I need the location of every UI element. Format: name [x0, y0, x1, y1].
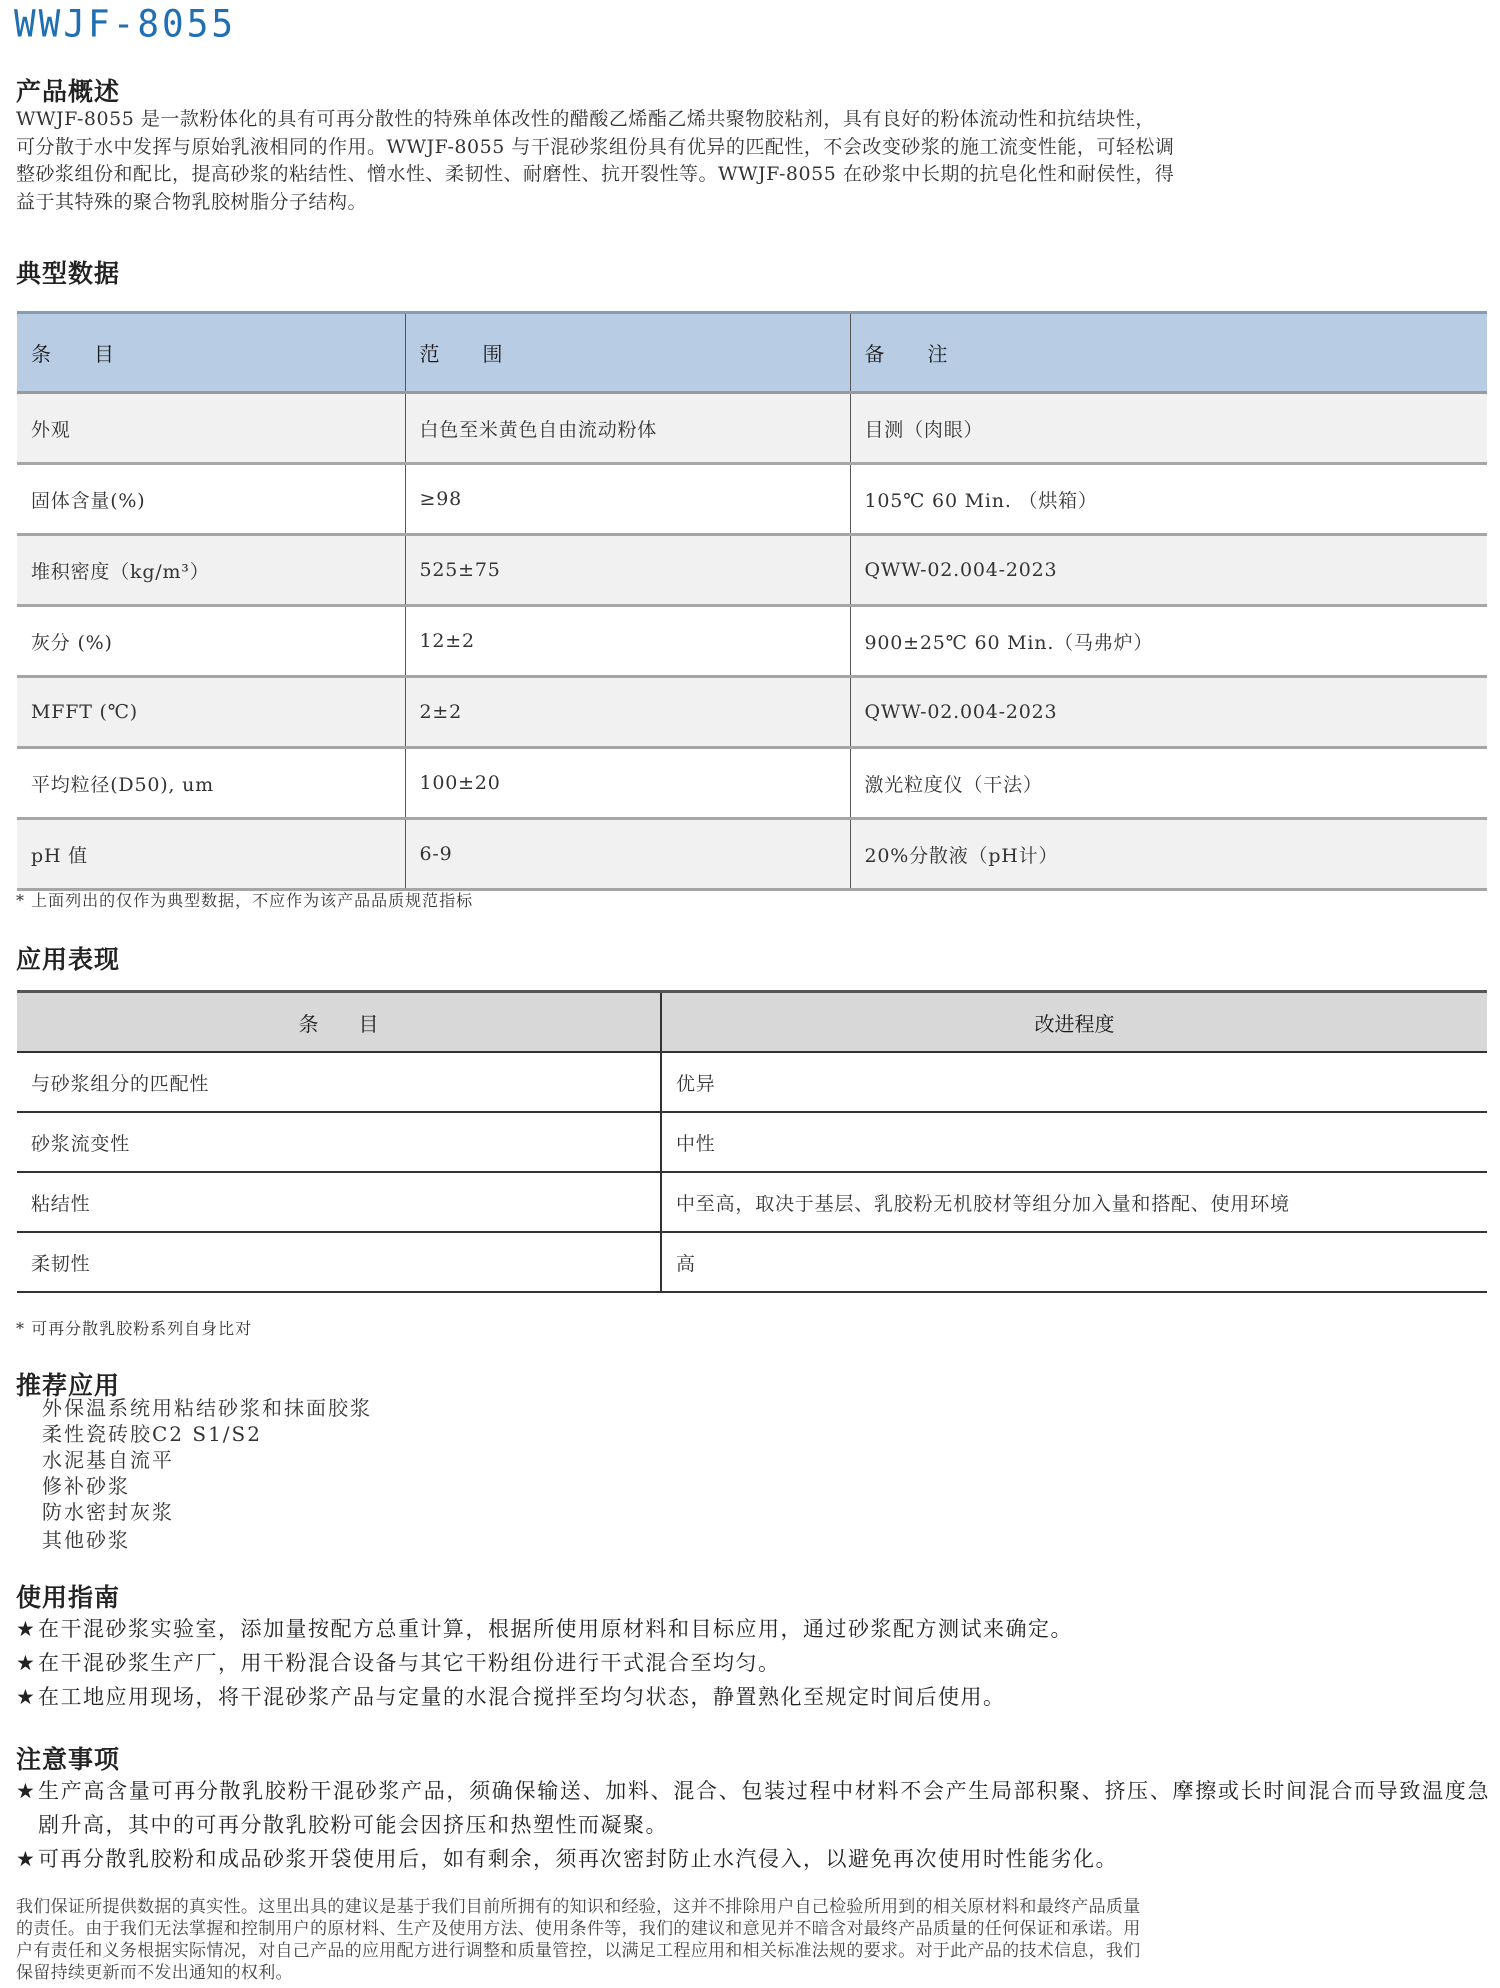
cell-item: pH 值 [17, 819, 405, 890]
table-row: 平均粒径(D50), um 100±20 激光粒度仪（干法） [17, 748, 1487, 819]
star-icon: ★ [16, 1646, 38, 1680]
star-icon: ★ [16, 1612, 38, 1646]
recommended-item: 外保温系统用粘结砂浆和抹面胶浆 [42, 1395, 372, 1421]
cell-remarks: 900±25℃ 60 Min.（马弗炉） [850, 606, 1487, 677]
recommended-item: 其他砂浆 [42, 1527, 372, 1553]
table-row: 砂浆流变性 中性 [17, 1112, 1487, 1172]
cell-range: 6-9 [405, 819, 850, 890]
disclaimer: 我们保证所提供数据的真实性。这里出具的建议是基于我们目前所拥有的知识和经验，这并… [16, 1896, 1490, 1984]
cell-range: 525±75 [405, 535, 850, 606]
star-icon: ★ [16, 1680, 38, 1714]
cell-item: 灰分 (%) [17, 606, 405, 677]
disclaimer-line: 户有责任和义务根据实际情况，对自己产品的应用配方进行调整和质量管控，以满足工程应… [16, 1940, 1490, 1962]
recommended-item: 防水密封灰浆 [42, 1499, 372, 1525]
cell-remarks: 105℃ 60 Min. （烘箱） [850, 464, 1487, 535]
cell-item: 粘结性 [17, 1172, 661, 1232]
overview-line: 可分散于水中发挥与原始乳液相同的作用。WWJF-8055 与干混砂浆组份具有优异… [16, 134, 1486, 162]
guide-item-text: 在工地应用现场，将干混砂浆产品与定量的水混合搅拌至均匀状态，静置熟化至规定时间后… [38, 1680, 1006, 1714]
recommended-item: 修补砂浆 [42, 1473, 372, 1499]
cell-improvement: 中至高，取决于基层、乳胶粉无机胶材等组分加入量和搭配、使用环境 [661, 1172, 1487, 1232]
overview-line: WWJF-8055 是一款粉体化的具有可再分散性的特殊单体改性的醋酸乙烯酯乙烯共… [16, 106, 1486, 134]
recommended-item: 水泥基自流平 [42, 1447, 372, 1473]
guide-list: ★ 在干混砂浆实验室，添加量按配方总重计算，根据所使用原材料和目标应用，通过砂浆… [16, 1612, 1490, 1714]
guide-heading: 使用指南 [16, 1578, 120, 1614]
guide-item: ★ 在干混砂浆实验室，添加量按配方总重计算，根据所使用原材料和目标应用，通过砂浆… [16, 1612, 1490, 1646]
cell-remarks: QWW-02.004-2023 [850, 535, 1487, 606]
guide-item: ★ 在干混砂浆生产厂，用干粉混合设备与其它干粉组份进行干式混合至均匀。 [16, 1646, 1490, 1680]
guide-item: ★ 在工地应用现场，将干混砂浆产品与定量的水混合搅拌至均匀状态，静置熟化至规定时… [16, 1680, 1490, 1714]
column-header-range: 范 围 [405, 313, 850, 393]
cell-item: 堆积密度（kg/m³） [17, 535, 405, 606]
cell-remarks: 目测（肉眼） [850, 393, 1487, 464]
column-header-improvement: 改进程度 [661, 992, 1487, 1053]
column-header-item: 条 目 [17, 992, 661, 1053]
table-row: MFFT (℃) 2±2 QWW-02.004-2023 [17, 677, 1487, 748]
table-row: 粘结性 中至高，取决于基层、乳胶粉无机胶材等组分加入量和搭配、使用环境 [17, 1172, 1487, 1232]
cell-range: 2±2 [405, 677, 850, 748]
application-performance-table: 条 目 改进程度 与砂浆组分的匹配性 优异 砂浆流变性 中性 粘结性 中至高，取… [17, 990, 1487, 1293]
table-row: 固体含量(%) ≥98 105℃ 60 Min. （烘箱） [17, 464, 1487, 535]
caution-item-text: 可再分散乳胶粉和成品砂浆开袋使用后，如有剩余，须再次密封防止水汽侵入，以避免再次… [38, 1842, 1118, 1876]
application-performance-heading: 应用表现 [16, 940, 120, 976]
cell-item: 与砂浆组分的匹配性 [17, 1052, 661, 1112]
table-header-row: 条 目 范 围 备 注 [17, 313, 1487, 393]
product-title: WWJF-8055 [14, 3, 236, 46]
guide-item-text: 在干混砂浆生产厂，用干粉混合设备与其它干粉组份进行干式混合至均匀。 [38, 1646, 781, 1680]
cell-item: 固体含量(%) [17, 464, 405, 535]
cell-remarks: QWW-02.004-2023 [850, 677, 1487, 748]
cautions-list: ★ 生产高含量可再分散乳胶粉干混砂浆产品，须确保输送、加料、混合、包装过程中材料… [16, 1774, 1490, 1876]
disclaimer-line: 的责任。由于我们无法掌握和控制用户的原材料、生产及使用方法、使用条件等，我们的建… [16, 1918, 1490, 1940]
cell-item: 柔韧性 [17, 1232, 661, 1292]
typical-data-table: 条 目 范 围 备 注 外观 白色至米黄色自由流动粉体 目测（肉眼） 固体含量(… [17, 311, 1487, 891]
table-row: 外观 白色至米黄色自由流动粉体 目测（肉眼） [17, 393, 1487, 464]
guide-item-text: 在干混砂浆实验室，添加量按配方总重计算，根据所使用原材料和目标应用，通过砂浆配方… [38, 1612, 1073, 1646]
application-performance-footnote: * 可再分散乳胶粉系列自身比对 [16, 1316, 252, 1339]
star-icon: ★ [16, 1842, 38, 1876]
cell-item: MFFT (℃) [17, 677, 405, 748]
cell-item: 外观 [17, 393, 405, 464]
cell-range: 100±20 [405, 748, 850, 819]
cell-improvement: 中性 [661, 1112, 1487, 1172]
cell-remarks: 激光粒度仪（干法） [850, 748, 1487, 819]
disclaimer-line: 保留持续更新而不发出通知的权利。 [16, 1962, 1490, 1984]
cell-range: 白色至米黄色自由流动粉体 [405, 393, 850, 464]
caution-item: ★ 生产高含量可再分散乳胶粉干混砂浆产品，须确保输送、加料、混合、包装过程中材料… [16, 1774, 1490, 1842]
overview-line: 益于其特殊的聚合物乳胶树脂分子结构。 [16, 189, 1486, 217]
recommended-list: 外保温系统用粘结砂浆和抹面胶浆 柔性瓷砖胶C2 S1/S2 水泥基自流平 修补砂… [42, 1395, 372, 1553]
table-row: 柔韧性 高 [17, 1232, 1487, 1292]
overview-paragraph: WWJF-8055 是一款粉体化的具有可再分散性的特殊单体改性的醋酸乙烯酯乙烯共… [16, 106, 1486, 216]
caution-item: ★ 可再分散乳胶粉和成品砂浆开袋使用后，如有剩余，须再次密封防止水汽侵入，以避免… [16, 1842, 1490, 1876]
cell-range: ≥98 [405, 464, 850, 535]
cell-improvement: 优异 [661, 1052, 1487, 1112]
overview-line: 整砂浆组份和配比，提高砂浆的粘结性、憎水性、柔韧性、耐磨性、抗开裂性等。WWJF… [16, 161, 1486, 189]
cell-range: 12±2 [405, 606, 850, 677]
cell-improvement: 高 [661, 1232, 1487, 1292]
typical-data-heading: 典型数据 [16, 254, 120, 290]
recommended-item: 柔性瓷砖胶C2 S1/S2 [42, 1421, 372, 1447]
cell-item: 砂浆流变性 [17, 1112, 661, 1172]
typical-data-footnote: * 上面列出的仅作为典型数据，不应作为该产品品质规范指标 [16, 888, 473, 911]
table-header-row: 条 目 改进程度 [17, 992, 1487, 1053]
table-row: 灰分 (%) 12±2 900±25℃ 60 Min.（马弗炉） [17, 606, 1487, 677]
column-header-item: 条 目 [17, 313, 405, 393]
table-row: pH 值 6-9 20%分散液（pH计） [17, 819, 1487, 890]
cell-item: 平均粒径(D50), um [17, 748, 405, 819]
table-row: 与砂浆组分的匹配性 优异 [17, 1052, 1487, 1112]
column-header-remarks: 备 注 [850, 313, 1487, 393]
caution-item-text: 生产高含量可再分散乳胶粉干混砂浆产品，须确保输送、加料、混合、包装过程中材料不会… [38, 1774, 1490, 1842]
cell-remarks: 20%分散液（pH计） [850, 819, 1487, 890]
cautions-heading: 注意事项 [16, 1740, 120, 1776]
disclaimer-line: 我们保证所提供数据的真实性。这里出具的建议是基于我们目前所拥有的知识和经验，这并… [16, 1896, 1490, 1918]
table-row: 堆积密度（kg/m³） 525±75 QWW-02.004-2023 [17, 535, 1487, 606]
overview-heading: 产品概述 [16, 72, 120, 108]
star-icon: ★ [16, 1774, 38, 1842]
